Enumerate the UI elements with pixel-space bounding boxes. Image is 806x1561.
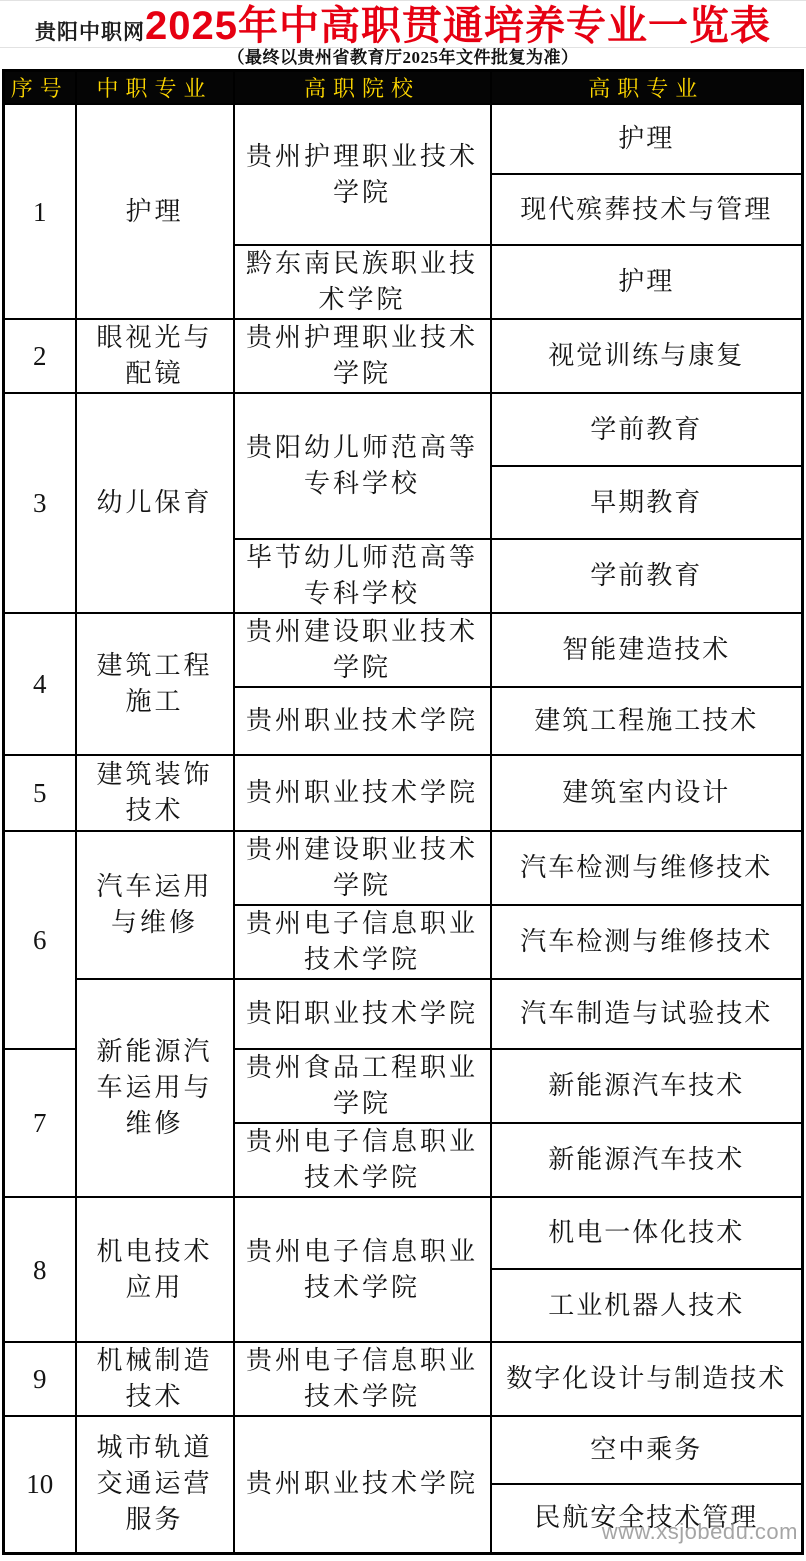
seq-cell: 5 [4,755,76,831]
seq-cell: 7 [4,1049,76,1197]
table-row: 8机电技术应用贵州电子信息职业技术学院机电一体化技术 [4,1197,803,1269]
table-body: 1护理贵州护理职业技术学院护理现代殡葬技术与管理黔东南民族职业技术学院护理2眼视… [4,104,803,1553]
college-cell: 贵州电子信息职业技术学院 [234,1123,491,1197]
seq-cell: 4 [4,613,76,755]
major-cell: 智能建造技术 [491,613,803,687]
major-cell: 新能源汽车技术 [491,1123,803,1197]
college-cell: 贵州建设职业技术学院 [234,613,491,687]
table-row: 5建筑装饰技术贵州职业技术学院建筑室内设计 [4,755,803,831]
college-cell: 贵阳职业技术学院 [234,979,491,1049]
header-col-mid-major: 中职专业 [76,71,234,105]
mid-cell: 护理 [76,104,234,319]
table-row: 10城市轨道交通运营服务贵州职业技术学院空中乘务 [4,1416,803,1484]
seq-cell: 6 [4,831,76,1049]
college-cell: 贵阳幼儿师范高等专科学校 [234,393,491,539]
page: 贵阳中职网 2025年中高职贯通培养专业一览表 （最终以贵州省教育厅2025年文… [0,0,806,1561]
major-cell: 汽车检测与维修技术 [491,905,803,979]
title-band: 贵阳中职网 2025年中高职贯通培养专业一览表 [0,0,806,48]
table-row: 9机械制造技术贵州电子信息职业技术学院数字化设计与制造技术 [4,1342,803,1416]
header-col-major: 高职专业 [491,71,803,105]
major-cell: 机电一体化技术 [491,1197,803,1269]
major-cell: 汽车制造与试验技术 [491,979,803,1049]
page-title: 2025年中高职贯通培养专业一览表 [145,4,771,48]
header-row: 序号 中职专业 高职院校 高职专业 [4,71,803,105]
majors-table: 序号 中职专业 高职院校 高职专业 1护理贵州护理职业技术学院护理现代殡葬技术与… [2,69,804,1555]
page-subtitle: （最终以贵州省教育厅2025年文件批复为准） [0,48,806,69]
major-cell: 数字化设计与制造技术 [491,1342,803,1416]
college-cell: 贵州护理职业技术学院 [234,319,491,393]
site-brand: 贵阳中职网 [35,16,145,46]
major-cell: 学前教育 [491,539,803,613]
major-cell: 汽车检测与维修技术 [491,831,803,905]
mid-cell: 机电技术应用 [76,1197,234,1342]
seq-cell: 1 [4,104,76,319]
college-cell: 贵州食品工程职业学院 [234,1049,491,1123]
major-cell: 工业机器人技术 [491,1269,803,1342]
major-cell: 学前教育 [491,393,803,466]
mid-cell: 机械制造技术 [76,1342,234,1416]
mid-cell: 眼视光与配镜 [76,319,234,393]
table-row: 6汽车运用与维修贵州建设职业技术学院汽车检测与维修技术 [4,831,803,905]
major-cell: 视觉训练与康复 [491,319,803,393]
college-cell: 黔东南民族职业技术学院 [234,245,491,319]
major-cell: 早期教育 [491,466,803,539]
seq-cell: 10 [4,1416,76,1553]
college-cell: 贵州建设职业技术学院 [234,831,491,905]
college-cell: 贵州职业技术学院 [234,687,491,755]
mid-cell: 城市轨道交通运营服务 [76,1416,234,1553]
college-cell: 贵州电子信息职业技术学院 [234,1342,491,1416]
college-cell: 贵州职业技术学院 [234,1416,491,1553]
major-cell: 空中乘务 [491,1416,803,1484]
table-row: 1护理贵州护理职业技术学院护理 [4,104,803,174]
major-cell: 建筑工程施工技术 [491,687,803,755]
table-row: 3幼儿保育贵阳幼儿师范高等专科学校学前教育 [4,393,803,466]
seq-cell: 8 [4,1197,76,1342]
mid-cell: 幼儿保育 [76,393,234,613]
major-cell: 现代殡葬技术与管理 [491,174,803,245]
table-row: 新能源汽车运用与维修贵阳职业技术学院汽车制造与试验技术 [4,979,803,1049]
major-cell: 护理 [491,245,803,319]
table-header: 序号 中职专业 高职院校 高职专业 [4,71,803,105]
header-col-college: 高职院校 [234,71,491,105]
college-cell: 贵州电子信息职业技术学院 [234,905,491,979]
college-cell: 贵州护理职业技术学院 [234,104,491,245]
college-cell: 毕节幼儿师范高等专科学校 [234,539,491,613]
mid-cell: 建筑装饰技术 [76,755,234,831]
seq-cell: 9 [4,1342,76,1416]
mid-cell: 建筑工程施工 [76,613,234,755]
mid-cell: 新能源汽车运用与维修 [76,979,234,1197]
major-cell: 建筑室内设计 [491,755,803,831]
major-cell: 护理 [491,104,803,174]
table-row: 4建筑工程施工贵州建设职业技术学院智能建造技术 [4,613,803,687]
major-cell: 民航安全技术管理 [491,1484,803,1553]
table-row: 2眼视光与配镜贵州护理职业技术学院视觉训练与康复 [4,319,803,393]
seq-cell: 2 [4,319,76,393]
college-cell: 贵州电子信息职业技术学院 [234,1197,491,1342]
seq-cell: 3 [4,393,76,613]
college-cell: 贵州职业技术学院 [234,755,491,831]
mid-cell: 汽车运用与维修 [76,831,234,979]
header-col-seq: 序号 [4,71,76,105]
major-cell: 新能源汽车技术 [491,1049,803,1123]
